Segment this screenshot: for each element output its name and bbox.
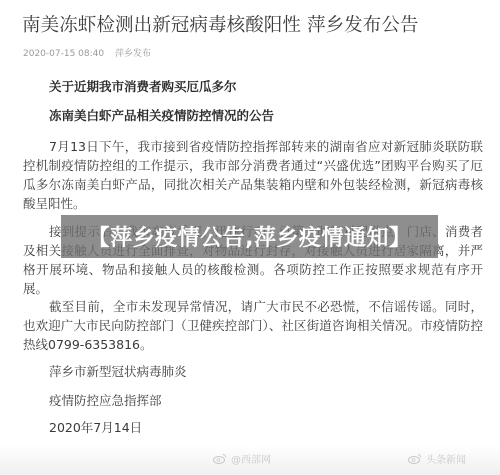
watermark-toutiao: 头条新闻 [408, 451, 466, 466]
signature-date: 2020年7月14日 [49, 420, 142, 436]
notice-paragraph: 7月13日下午，我市接到省疫情防控指挥部转来的湖南省应对新冠肺炎联防联控机制疫情… [23, 137, 483, 213]
notice-paragraph: 截至目前，全市未发现异常情况，请广大市民不必恐慌，不信谣传谣。同时，也欢迎广大市… [23, 297, 483, 354]
watermark-text: 头条新闻 [426, 451, 466, 466]
weibo-icon [213, 453, 227, 464]
article-source[interactable]: 萍乡发布 [115, 49, 151, 59]
article-datetime: 2020-07-15 08:40 [23, 49, 104, 59]
notice-title-line-2: 冻南美白虾产品相关疫情防控情况的公告 [49, 108, 274, 124]
notice-title-line-1: 关于近期我市消费者购买厄瓜多尔 [49, 79, 237, 95]
article-headline: 南美冻虾检测出新冠病毒核酸阳性 萍乡发布公告 [22, 13, 419, 39]
watermark-xibu: @西部网 [213, 451, 271, 466]
signature-org-line-1: 萍乡市新型冠状病毒肺炎 [49, 364, 187, 380]
weibo-icon [408, 453, 422, 464]
overlay-banner-text: 【萍乡疫情公告,萍乡疫情通知】 [88, 221, 412, 252]
article-meta: 2020-07-15 08:40 萍乡发布 [23, 48, 159, 60]
article-page: 南美冻虾检测出新冠病毒核酸阳性 萍乡发布公告 2020-07-15 08:40 … [0, 0, 500, 475]
watermark-text: @西部网 [231, 451, 271, 466]
signature-org-line-2: 疫情防控应急指挥部 [49, 393, 162, 409]
overlay-banner: 【萍乡疫情公告,萍乡疫情通知】 [61, 215, 438, 258]
